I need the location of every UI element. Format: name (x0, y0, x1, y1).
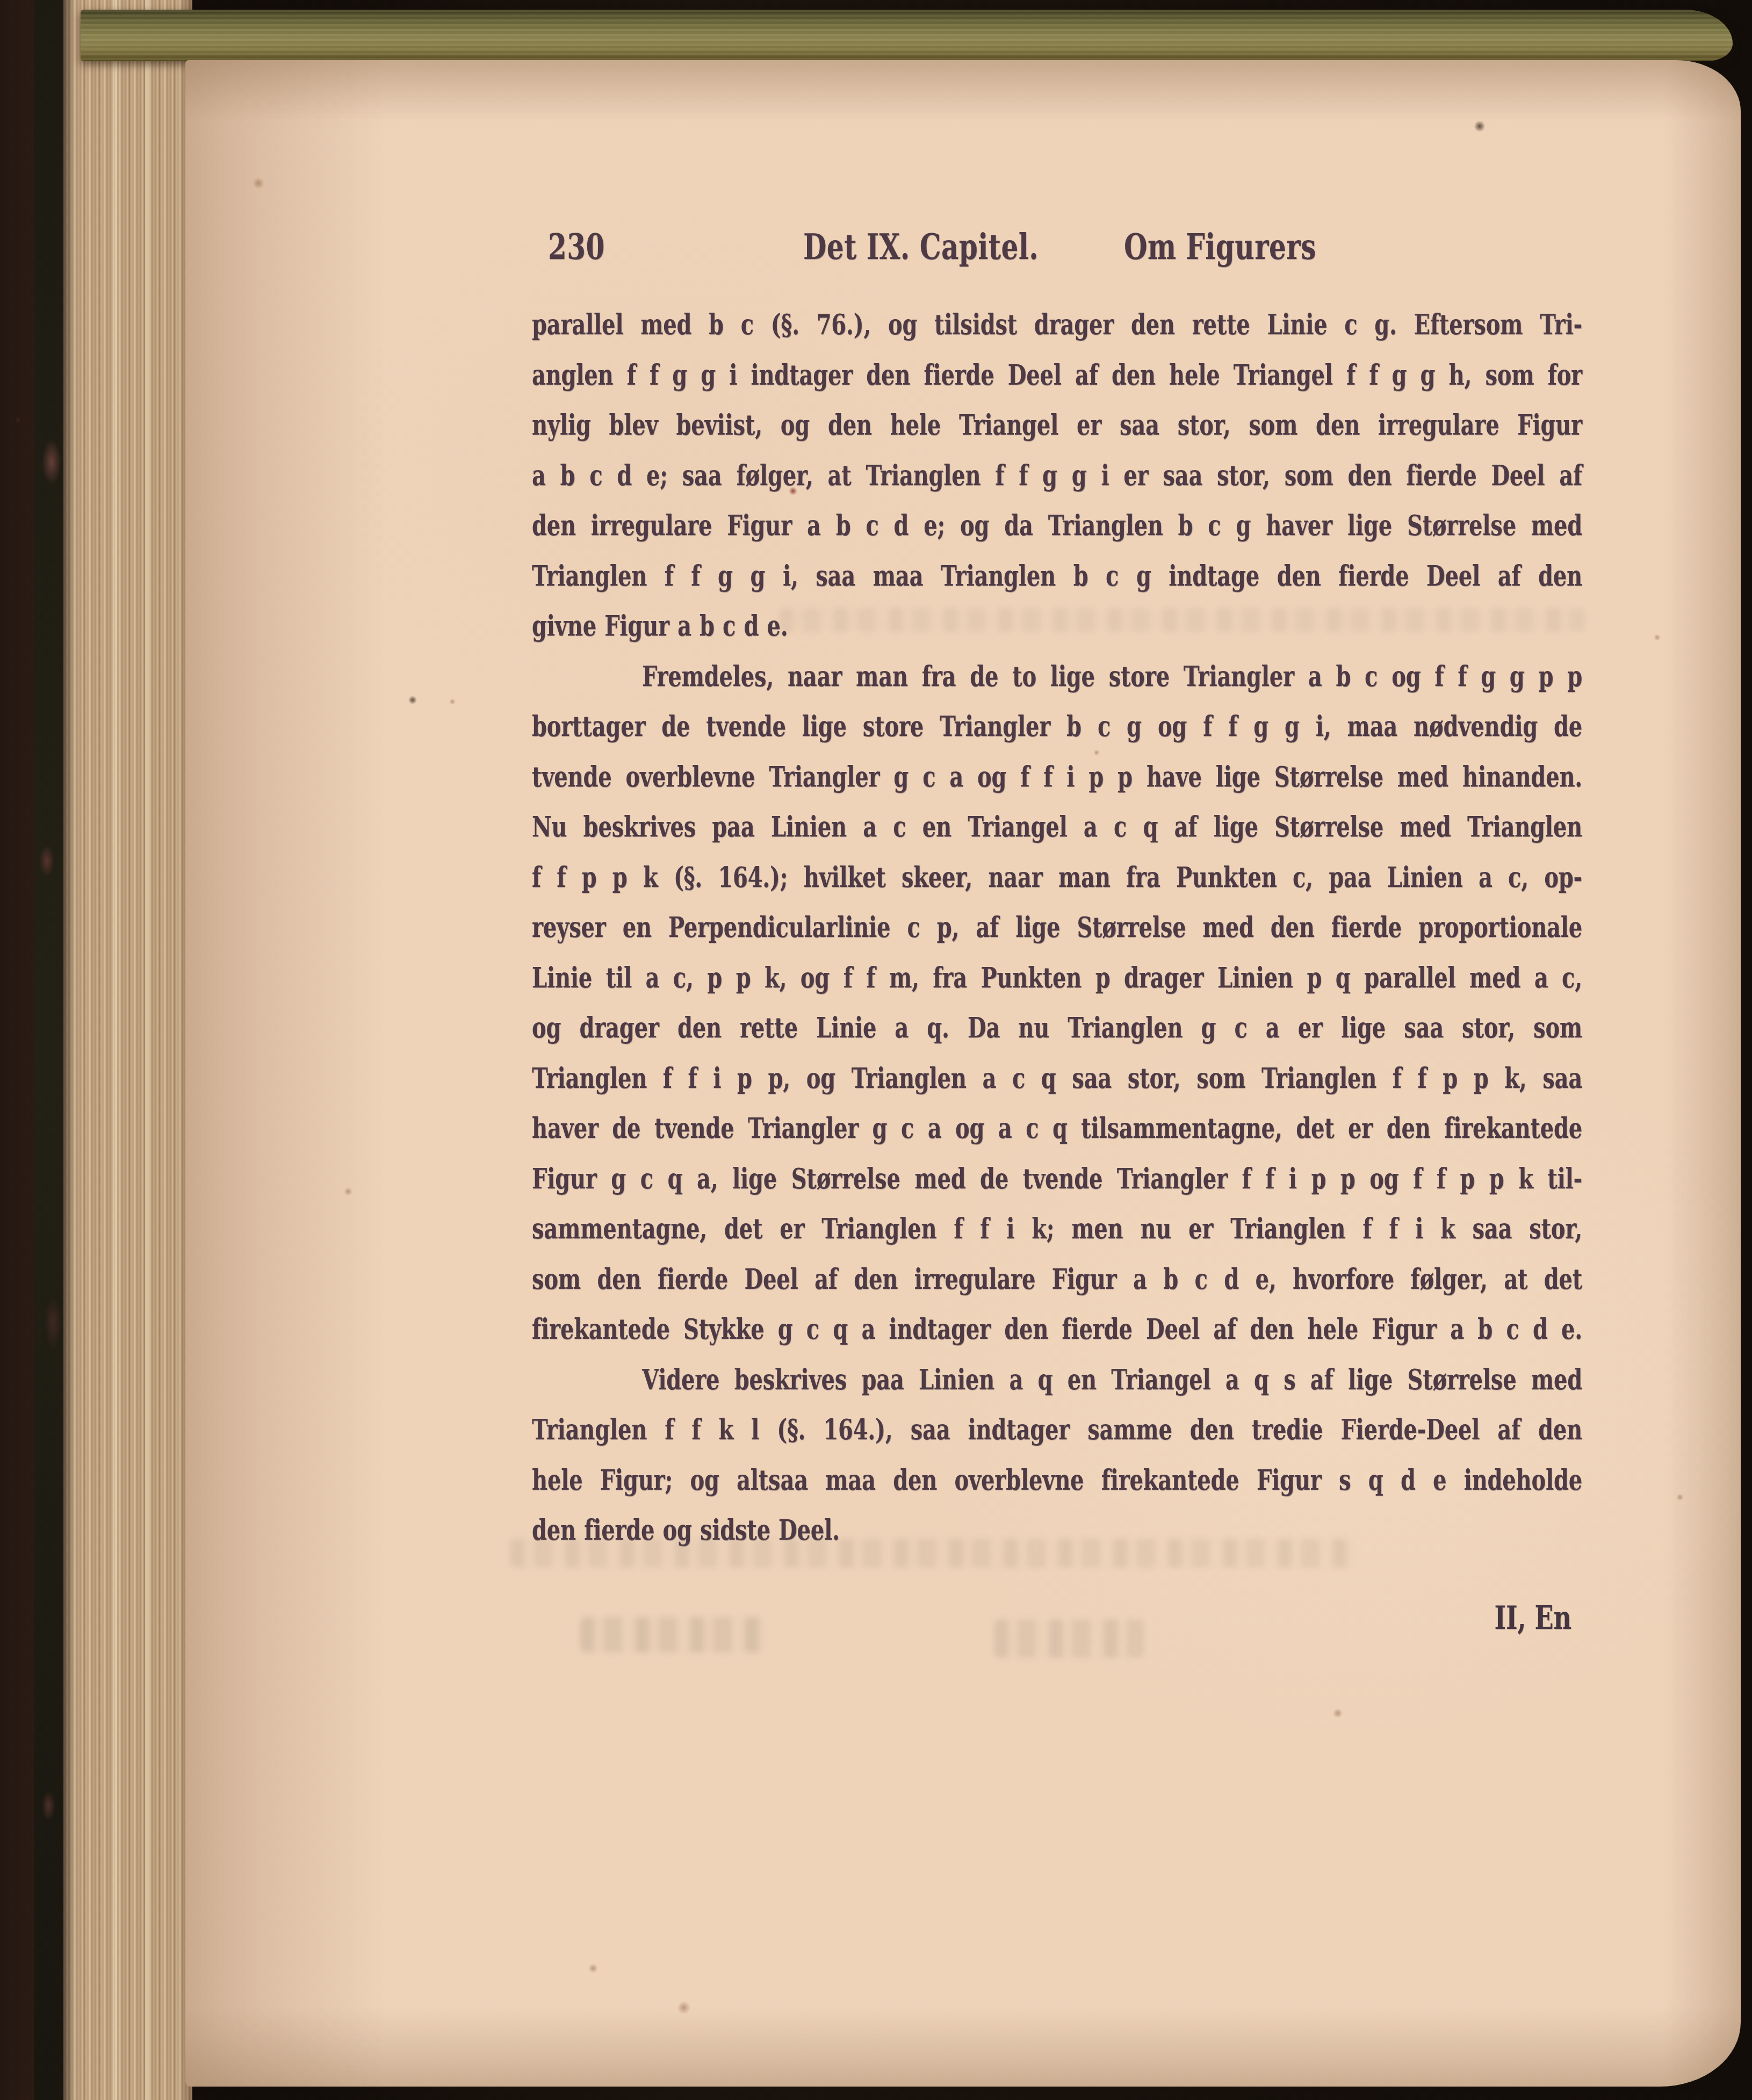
bleedthrough-smudge (994, 1619, 1144, 1658)
page-number: 230 (548, 226, 605, 268)
foxing-spot (449, 698, 456, 705)
bleedthrough-smudge (580, 1617, 766, 1652)
book-top-edge-stain (81, 10, 1733, 61)
body-text: parallel med b c (§. 76.), og tilsidst d… (532, 300, 1582, 1556)
running-head: 230 Det IX. Capitel. Om Figurers (532, 231, 1582, 274)
bleedthrough-smudge (510, 1539, 1354, 1568)
foxing-spot (253, 177, 264, 189)
chapter-title: Det IX. Capitel. (803, 226, 1039, 268)
section-title: Om Figurers (1124, 226, 1316, 268)
scanned-book-photo: 230 Det IX. Capitel. Om Figurers paralle… (0, 0, 1752, 2100)
bleedthrough-smudge (779, 608, 1585, 632)
foxing-spot (1676, 1493, 1684, 1501)
foxing-spot (408, 696, 417, 704)
foxing-spot (789, 487, 797, 495)
marbled-cover-strip (34, 0, 66, 2100)
page-edges-stack (63, 0, 192, 2100)
foxing-spot (1093, 749, 1100, 756)
book-page: 230 Det IX. Capitel. Om Figurers paralle… (185, 60, 1741, 2087)
foxing-spot (677, 2001, 691, 2014)
foxing-spot (1654, 634, 1661, 641)
foxing-spot (588, 1964, 598, 1973)
foxing-spot (1332, 1708, 1343, 1718)
foxing-spot (1474, 120, 1485, 132)
foxing-spot (344, 1187, 352, 1196)
